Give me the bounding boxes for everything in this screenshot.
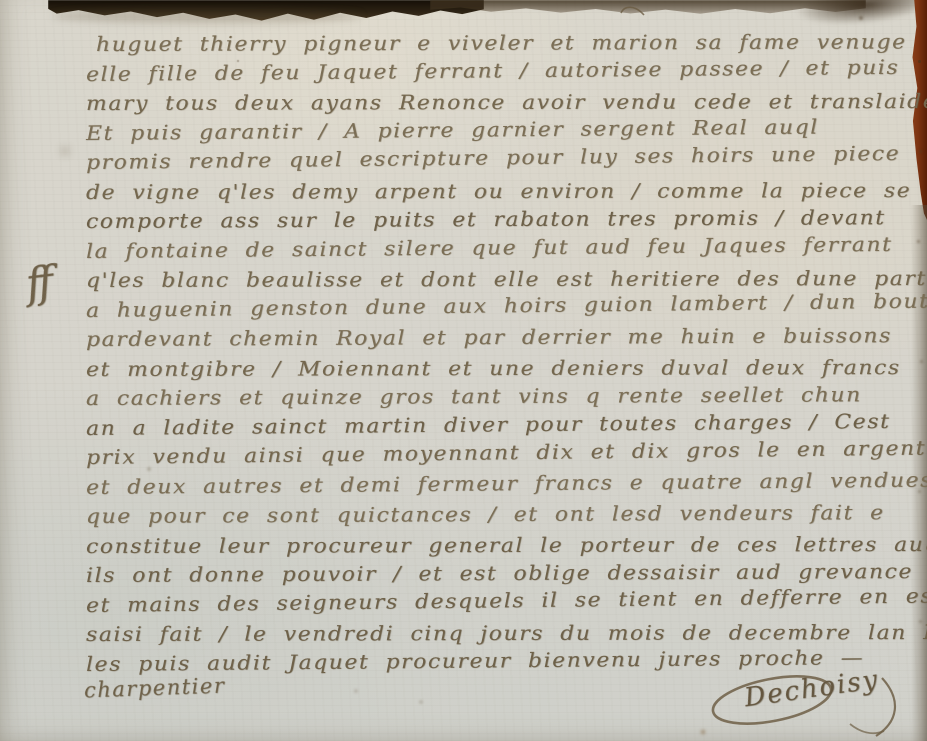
stray-pen-mark xyxy=(618,2,650,20)
manuscript-photo: ff huguet thierry pigneur e viveler et m… xyxy=(0,0,927,741)
manuscript-line: pardevant chemin Royal et par derrier me… xyxy=(86,321,927,355)
top-edge-smear xyxy=(52,9,362,23)
manuscript-line: de vigne q'les demy arpent ou environ / … xyxy=(86,175,927,207)
signature: Dechoisy xyxy=(700,652,920,741)
manuscript-line: que pour ce sont quictances / et ont les… xyxy=(86,498,927,532)
fox-spots xyxy=(0,0,2,2)
manuscript-line: constitue leur procureur general le port… xyxy=(86,529,927,561)
manuscript-text: huguet thierry pigneur e viveler et mari… xyxy=(86,30,908,685)
manuscript-line: et montgibre / Moiennant et une deniers … xyxy=(86,352,927,384)
closing-word: charpentier xyxy=(84,674,226,703)
